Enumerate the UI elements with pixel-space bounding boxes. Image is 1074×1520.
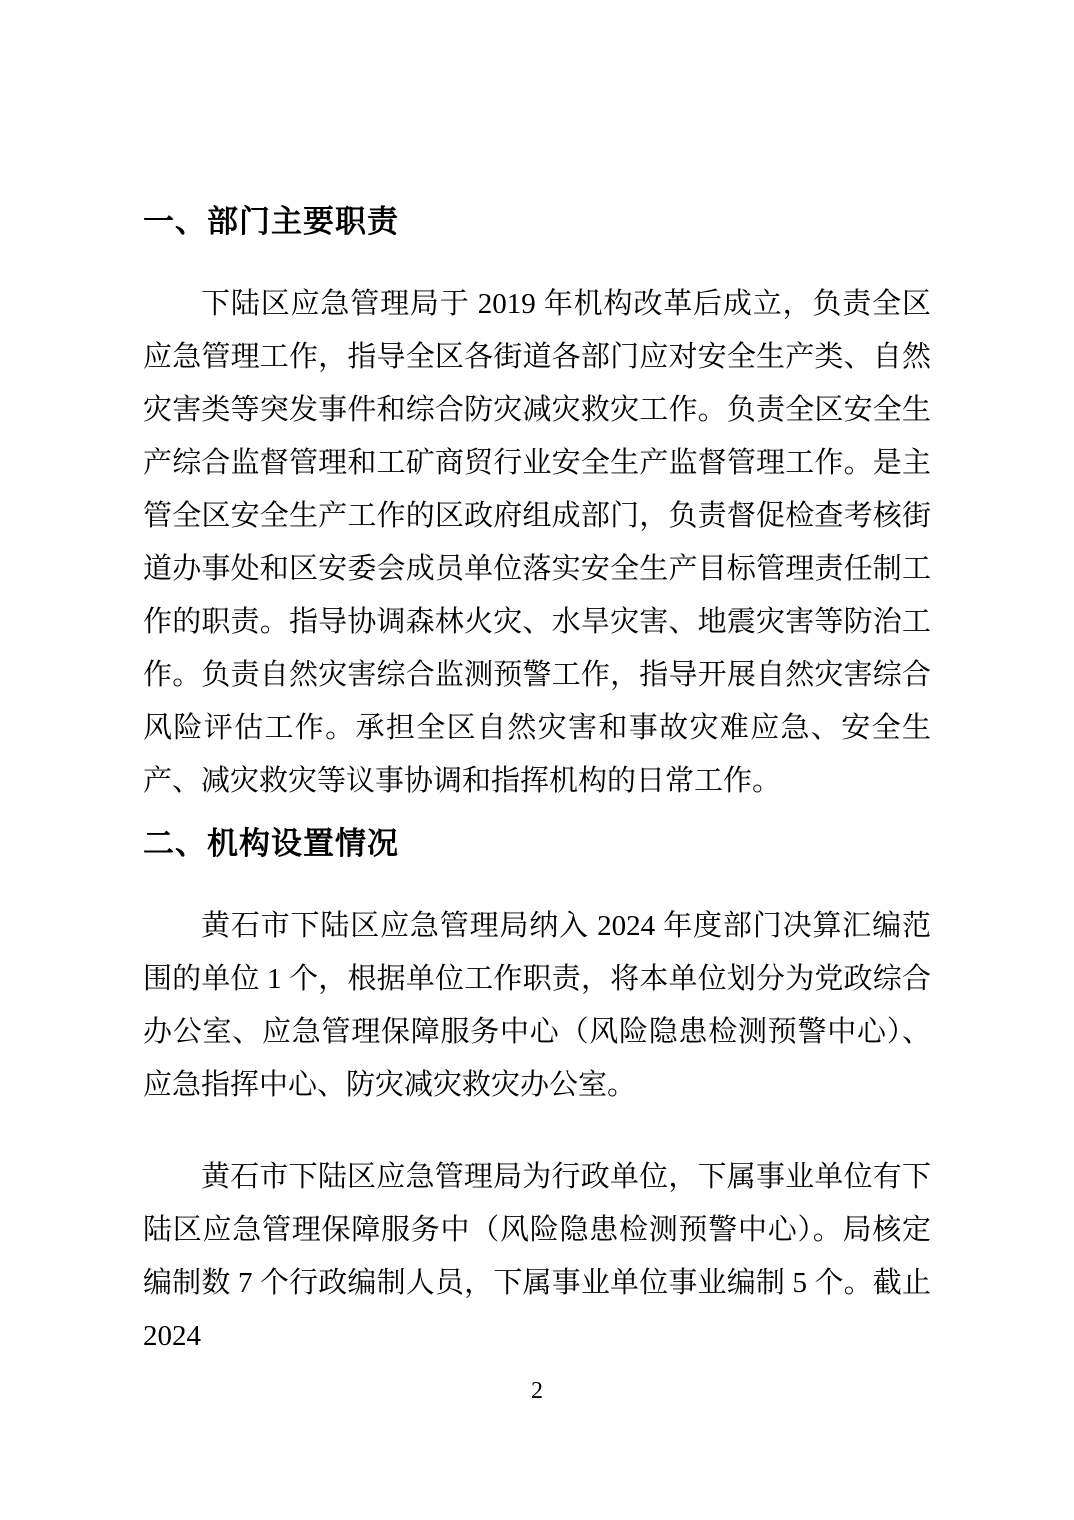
section-heading-org-setup: 二、机构设置情况 xyxy=(143,822,931,866)
paragraph-main-duties: 下陆区应急管理局于 2019 年机构改革后成立，负责全区应急管理工作，指导全区各… xyxy=(143,278,931,808)
document-content: 一、部门主要职责 下陆区应急管理局于 2019 年机构改革后成立，负责全区应急管… xyxy=(143,0,931,1363)
paragraph-org-units: 黄石市下陆区应急管理局纳入 2024 年度部门决算汇编范围的单位 1 个，根据单… xyxy=(143,900,931,1112)
section-heading-main-duties: 一、部门主要职责 xyxy=(143,200,931,244)
paragraph-staffing: 黄石市下陆区应急管理局为行政单位，下属事业单位有下陆区应急管理保障服务中（风险隐… xyxy=(143,1151,931,1363)
document-page: 一、部门主要职责 下陆区应急管理局于 2019 年机构改革后成立，负责全区应急管… xyxy=(0,0,1074,1520)
page-number: 2 xyxy=(0,1376,1074,1406)
